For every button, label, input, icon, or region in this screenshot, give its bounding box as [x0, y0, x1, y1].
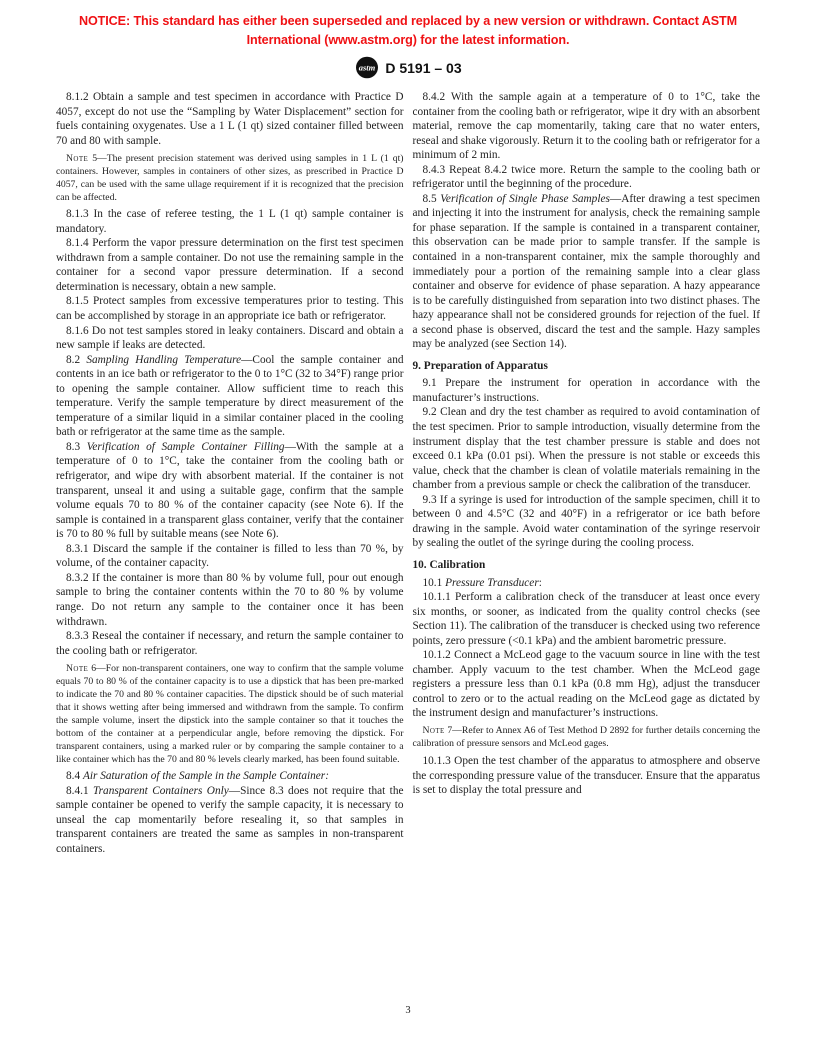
- notice-line-2: International (www.astm.org) for the lat…: [0, 31, 816, 50]
- body-paragraph: 8.4.1 Transparent Containers Only—Since …: [56, 784, 404, 857]
- supersession-notice: NOTICE: This standard has either been su…: [0, 12, 816, 49]
- body-paragraph: 8.4.2 With the sample again at a tempera…: [413, 90, 761, 163]
- body-paragraph: 10.1.3 Open the test chamber of the appa…: [413, 754, 761, 798]
- body-paragraph: 9.2 Clean and dry the test chamber as re…: [413, 405, 761, 492]
- astm-logo: astm: [354, 56, 380, 79]
- body-paragraph: 10.1.1 Perform a calibration check of th…: [413, 590, 761, 648]
- notice-line-1: NOTICE: This standard has either been su…: [0, 12, 816, 31]
- document-page: NOTICE: This standard has either been su…: [0, 0, 816, 1056]
- body-paragraph: 8.3.1 Discard the sample if the containe…: [56, 542, 404, 571]
- standard-designation: D 5191 – 03: [385, 60, 461, 76]
- body-paragraph: 8.1.5 Protect samples from excessive tem…: [56, 294, 404, 323]
- note-paragraph: Note 5—The present precision statement w…: [56, 152, 404, 204]
- section-heading: 9. Preparation of Apparatus: [413, 359, 761, 374]
- body-paragraph: 9.1 Prepare the instrument for operation…: [413, 376, 761, 405]
- body-paragraph: 10.1.2 Connect a McLeod gage to the vacu…: [413, 648, 761, 721]
- body-paragraph: 8.3 Verification of Sample Container Fil…: [56, 440, 404, 542]
- body-paragraph: 8.3.3 Reseal the container if necessary,…: [56, 629, 404, 658]
- note-paragraph: Note 6—For non-transparent containers, o…: [56, 662, 404, 766]
- body-paragraph: 9.3 If a syringe is used for introductio…: [413, 493, 761, 551]
- body-paragraph: 8.3.2 If the container is more than 80 %…: [56, 571, 404, 629]
- body-paragraph: 8.4 Air Saturation of the Sample in the …: [56, 769, 404, 784]
- section-heading: 10. Calibration: [413, 558, 761, 573]
- note-paragraph: Note 7—Refer to Annex A6 of Test Method …: [413, 724, 761, 750]
- left-column: 8.1.2 Obtain a sample and test specimen …: [56, 90, 404, 856]
- astm-logo-text: astm: [359, 63, 376, 73]
- body-paragraph: 8.5 Verification of Single Phase Samples…: [413, 192, 761, 352]
- right-column: 8.4.2 With the sample again at a tempera…: [413, 90, 761, 856]
- body-paragraph: 8.1.4 Perform the vapor pressure determi…: [56, 236, 404, 294]
- body-paragraph: 8.4.3 Repeat 8.4.2 twice more. Return th…: [413, 163, 761, 192]
- body-paragraph: 8.1.6 Do not test samples stored in leak…: [56, 324, 404, 353]
- page-number: 3: [0, 1005, 816, 1016]
- body-paragraph: 10.1 Pressure Transducer:: [413, 576, 761, 591]
- body-paragraph: 8.1.2 Obtain a sample and test specimen …: [56, 90, 404, 148]
- body-paragraph: 8.1.3 In the case of referee testing, th…: [56, 207, 404, 236]
- document-header: astm D 5191 – 03: [0, 56, 816, 79]
- body-paragraph: 8.2 Sampling Handling Temperature—Cool t…: [56, 353, 404, 440]
- two-column-body: 8.1.2 Obtain a sample and test specimen …: [0, 90, 816, 856]
